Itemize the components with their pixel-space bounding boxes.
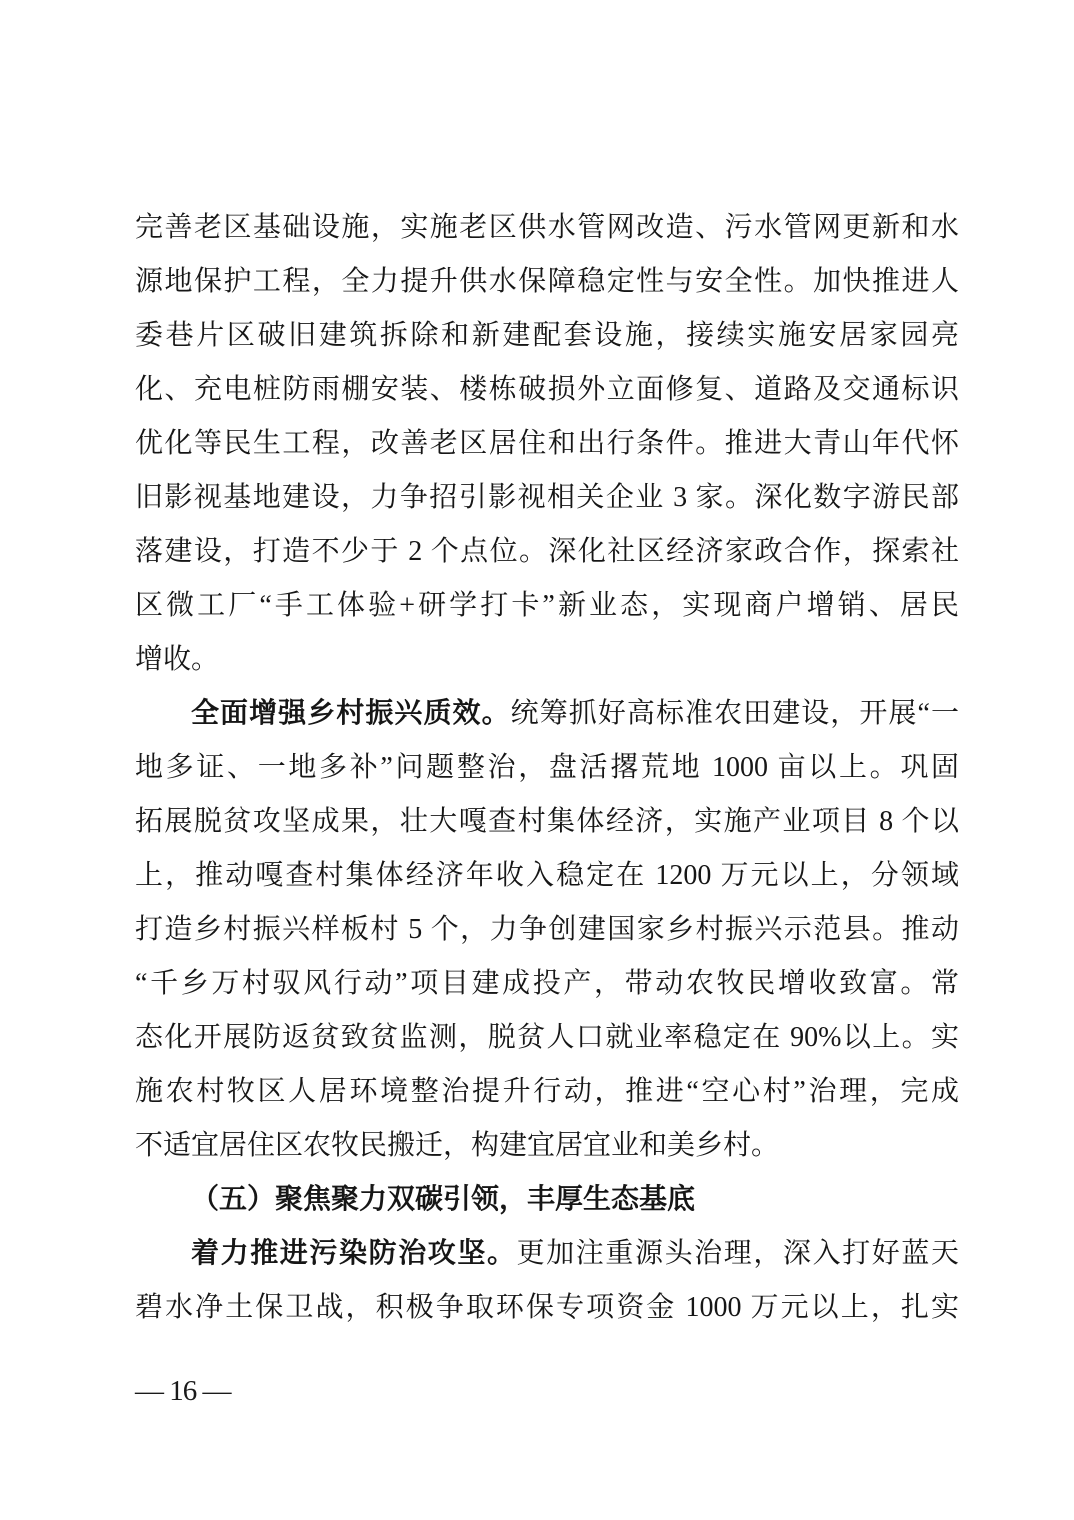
text-line: 施农村牧区人居环境整治提升行动，推进“空心村”治理，完成	[135, 1065, 959, 1119]
text-line: 拓展脱贫攻坚成果，壮大嘎查村集体经济，实施产业项目 8 个以	[135, 795, 959, 849]
text-segment: 增收。	[135, 644, 219, 675]
para-old-district-improvements: 完善老区基础设施，实施老区供水管网改造、污水管网更新和水源地保护工程，全力提升供…	[135, 201, 959, 687]
text-segment: 旧影视基地建设，力争招引影视相关企业 3 家。深化数字游民部	[135, 482, 959, 513]
text-line: 区微工厂“手工体验+研学打卡”新业态，实现商户增销、居民	[135, 579, 959, 633]
document-page: 完善老区基础设施，实施老区供水管网改造、污水管网更新和水源地保护工程，全力提升供…	[0, 0, 1074, 1520]
text-segment: 不适宜居住区农牧民搬迁，构建宜居宜业和美乡村。	[135, 1130, 779, 1161]
text-line: 完善老区基础设施，实施老区供水管网改造、污水管网更新和水	[135, 201, 959, 255]
text-segment: 施农村牧区人居环境整治提升行动，推进“空心村”治理，完成	[135, 1076, 959, 1107]
text-line: 委巷片区破旧建筑拆除和新建配套设施，接续实施安居家园亮	[135, 309, 959, 363]
text-line: 旧影视基地建设，力争招引影视相关企业 3 家。深化数字游民部	[135, 471, 959, 525]
text-segment: 更加注重源头治理，深入打好蓝天	[517, 1238, 959, 1269]
text-line: 上，推动嘎查村集体经济年收入稳定在 1200 万元以上，分领域	[135, 849, 959, 903]
text-segment: 落建设，打造不少于 2 个点位。深化社区经济家政合作，探索社	[135, 536, 959, 567]
text-line: 化、充电桩防雨棚安装、楼栋破损外立面修复、道路及交通标识	[135, 363, 959, 417]
text-segment: 完善老区基础设施，实施老区供水管网改造、污水管网更新和水	[135, 212, 959, 243]
text-segment: 地多证、一地多补”问题整治，盘活撂荒地 1000 亩以上。巩固	[135, 752, 959, 783]
text-line: 态化开展防返贫致贫监测，脱贫人口就业率稳定在 90%以上。实	[135, 1011, 959, 1065]
text-line: 优化等民生工程，改善老区居住和出行条件。推进大青山年代怀	[135, 417, 959, 471]
text-segment: 优化等民生工程，改善老区居住和出行条件。推进大青山年代怀	[135, 428, 959, 459]
text-line: 不适宜居住区农牧民搬迁，构建宜居宜业和美乡村。	[135, 1119, 959, 1173]
bold-text-segment: 着力推进污染防治攻坚。	[191, 1238, 517, 1269]
text-segment: 统筹抓好高标准农田建设，开展“一	[511, 698, 959, 729]
text-segment: “千乡万村驭风行动”项目建成投产，带动农牧民增收致富。常	[135, 968, 959, 999]
section-heading: （五）聚焦聚力双碳引领，丰厚生态基底	[135, 1173, 959, 1227]
text-line: 地多证、一地多补”问题整治，盘活撂荒地 1000 亩以上。巩固	[135, 741, 959, 795]
text-line: 落建设，打造不少于 2 个点位。深化社区经济家政合作，探索社	[135, 525, 959, 579]
text-segment: 碧水净土保卫战，积极争取环保专项资金 1000 万元以上，扎实	[135, 1292, 959, 1323]
text-segment: 源地保护工程，全力提升供水保障稳定性与安全性。加快推进人	[135, 266, 959, 297]
text-line: 碧水净土保卫战，积极争取环保专项资金 1000 万元以上，扎实	[135, 1281, 959, 1335]
text-segment: 化、充电桩防雨棚安装、楼栋破损外立面修复、道路及交通标识	[135, 374, 959, 405]
text-segment: 拓展脱贫攻坚成果，壮大嘎查村集体经济，实施产业项目 8 个以	[135, 806, 959, 837]
page-number: — 16 —	[135, 1374, 231, 1408]
text-line: 全面增强乡村振兴质效。统筹抓好高标准农田建设，开展“一	[135, 687, 959, 741]
bold-text-segment: （五）聚焦聚力双碳引领，丰厚生态基底	[191, 1184, 695, 1215]
heading-section-five: （五）聚焦聚力双碳引领，丰厚生态基底	[135, 1173, 959, 1227]
para-rural-revitalization: 全面增强乡村振兴质效。统筹抓好高标准农田建设，开展“一地多证、一地多补”问题整治…	[135, 687, 959, 1173]
text-segment: 上，推动嘎查村集体经济年收入稳定在 1200 万元以上，分领域	[135, 860, 959, 891]
text-segment: 委巷片区破旧建筑拆除和新建配套设施，接续实施安居家园亮	[135, 320, 959, 351]
text-line: “千乡万村驭风行动”项目建成投产，带动农牧民增收致富。常	[135, 957, 959, 1011]
text-line: 增收。	[135, 633, 959, 687]
text-column: 完善老区基础设施，实施老区供水管网改造、污水管网更新和水源地保护工程，全力提升供…	[135, 201, 959, 1335]
bold-text-segment: 全面增强乡村振兴质效。	[191, 698, 511, 729]
para-pollution-control: 着力推进污染防治攻坚。更加注重源头治理，深入打好蓝天碧水净土保卫战，积极争取环保…	[135, 1227, 959, 1335]
text-line: 源地保护工程，全力提升供水保障稳定性与安全性。加快推进人	[135, 255, 959, 309]
text-segment: 区微工厂“手工体验+研学打卡”新业态，实现商户增销、居民	[135, 590, 959, 621]
text-segment: 打造乡村振兴样板村 5 个，力争创建国家乡村振兴示范县。推动	[135, 914, 959, 945]
text-line: 打造乡村振兴样板村 5 个，力争创建国家乡村振兴示范县。推动	[135, 903, 959, 957]
text-segment: 态化开展防返贫致贫监测，脱贫人口就业率稳定在 90%以上。实	[135, 1022, 959, 1053]
text-line: 着力推进污染防治攻坚。更加注重源头治理，深入打好蓝天	[135, 1227, 959, 1281]
